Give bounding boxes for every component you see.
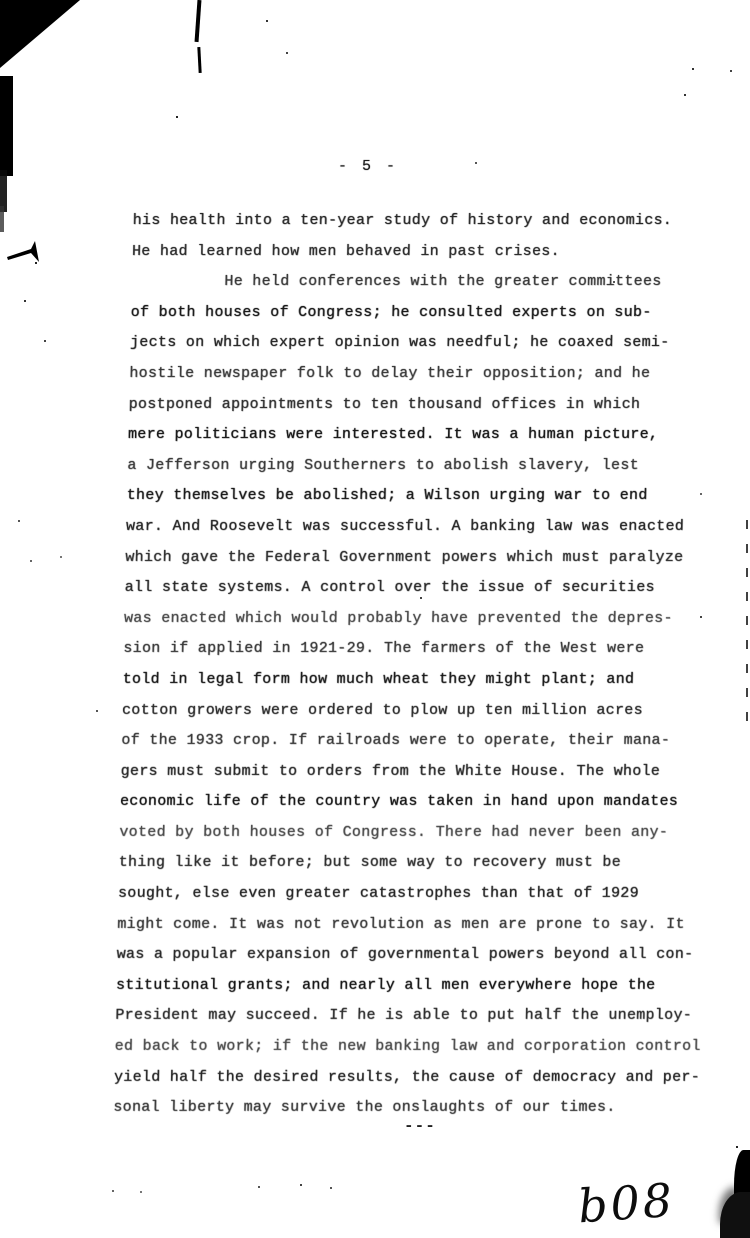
text-line: war. And Roosevelt was successful. A ban… — [126, 512, 727, 543]
end-mark: --- — [404, 1117, 436, 1135]
text-line: they themselves be abolished; a Wilson u… — [126, 481, 727, 512]
text-line: postponed appointments to ten thousand o… — [128, 390, 729, 421]
scanned-page: - 5 - his health into a ten-year study o… — [0, 0, 750, 1238]
text-line: sought, else even greater catastrophes t… — [118, 879, 719, 910]
scan-artifact-left-bar — [0, 76, 13, 176]
text-line: told in legal form how much wheat they m… — [122, 665, 723, 696]
text-line: ed back to work; if the new banking law … — [114, 1032, 715, 1063]
scan-artifact-corner-triangle — [0, 0, 80, 68]
text-line: voted by both houses of Congress. There … — [119, 818, 720, 849]
text-line: a Jefferson urging Southerners to abolis… — [127, 451, 728, 482]
text-line: which gave the Federal Government powers… — [125, 543, 726, 574]
text-line: his health into a ten-year study of hist… — [132, 206, 733, 237]
text-line: cotton growers were ordered to plow up t… — [122, 696, 723, 727]
scan-noise-specks — [0, 0, 2, 2]
text-line: hostile newspaper folk to delay their op… — [129, 359, 730, 390]
text-line: was a popular expansion of governmental … — [116, 940, 717, 971]
text-line: He held conferences with the greater com… — [131, 267, 732, 298]
text-line: stitutional grants; and nearly all men e… — [116, 971, 717, 1002]
body-lines: his health into a ten-year study of hist… — [113, 206, 733, 1124]
text-line: economic life of the country was taken i… — [120, 787, 721, 818]
page-number: - 5 - — [338, 158, 398, 175]
text-line: of both houses of Congress; he consulted… — [130, 298, 731, 329]
scan-artifact-arrow-mark — [6, 240, 48, 268]
text-line: yield half the desired results, the caus… — [114, 1063, 715, 1094]
text-line: might come. It was not revolution as men… — [117, 910, 718, 941]
text-line: thing like it before; but some way to re… — [118, 848, 719, 879]
text-line: of the 1933 crop. If railroads were to o… — [121, 726, 722, 757]
scan-artifact-vertical-line — [197, 47, 201, 73]
text-line: was enacted which would probably have pr… — [124, 604, 725, 635]
scan-artifact-vertical-line — [195, 0, 202, 42]
scan-artifact-right-edge-marks — [746, 520, 748, 735]
text-line: President may succeed. If he is able to … — [115, 1001, 716, 1032]
handwritten-note: b08 — [576, 1173, 677, 1234]
text-line: all state systems. A control over the is… — [124, 573, 725, 604]
text-line: sion if applied in 1921-29. The farmers … — [123, 634, 724, 665]
text-line: gers must submit to orders from the Whit… — [120, 757, 721, 788]
text-line: mere politicians were interested. It was… — [128, 420, 729, 451]
text-line: jects on which expert opinion was needfu… — [130, 328, 731, 359]
scan-artifact-left-bar — [0, 206, 4, 232]
scan-artifact-bottom-right-blob — [720, 1192, 750, 1238]
text-line: He had learned how men behaved in past c… — [132, 237, 733, 268]
